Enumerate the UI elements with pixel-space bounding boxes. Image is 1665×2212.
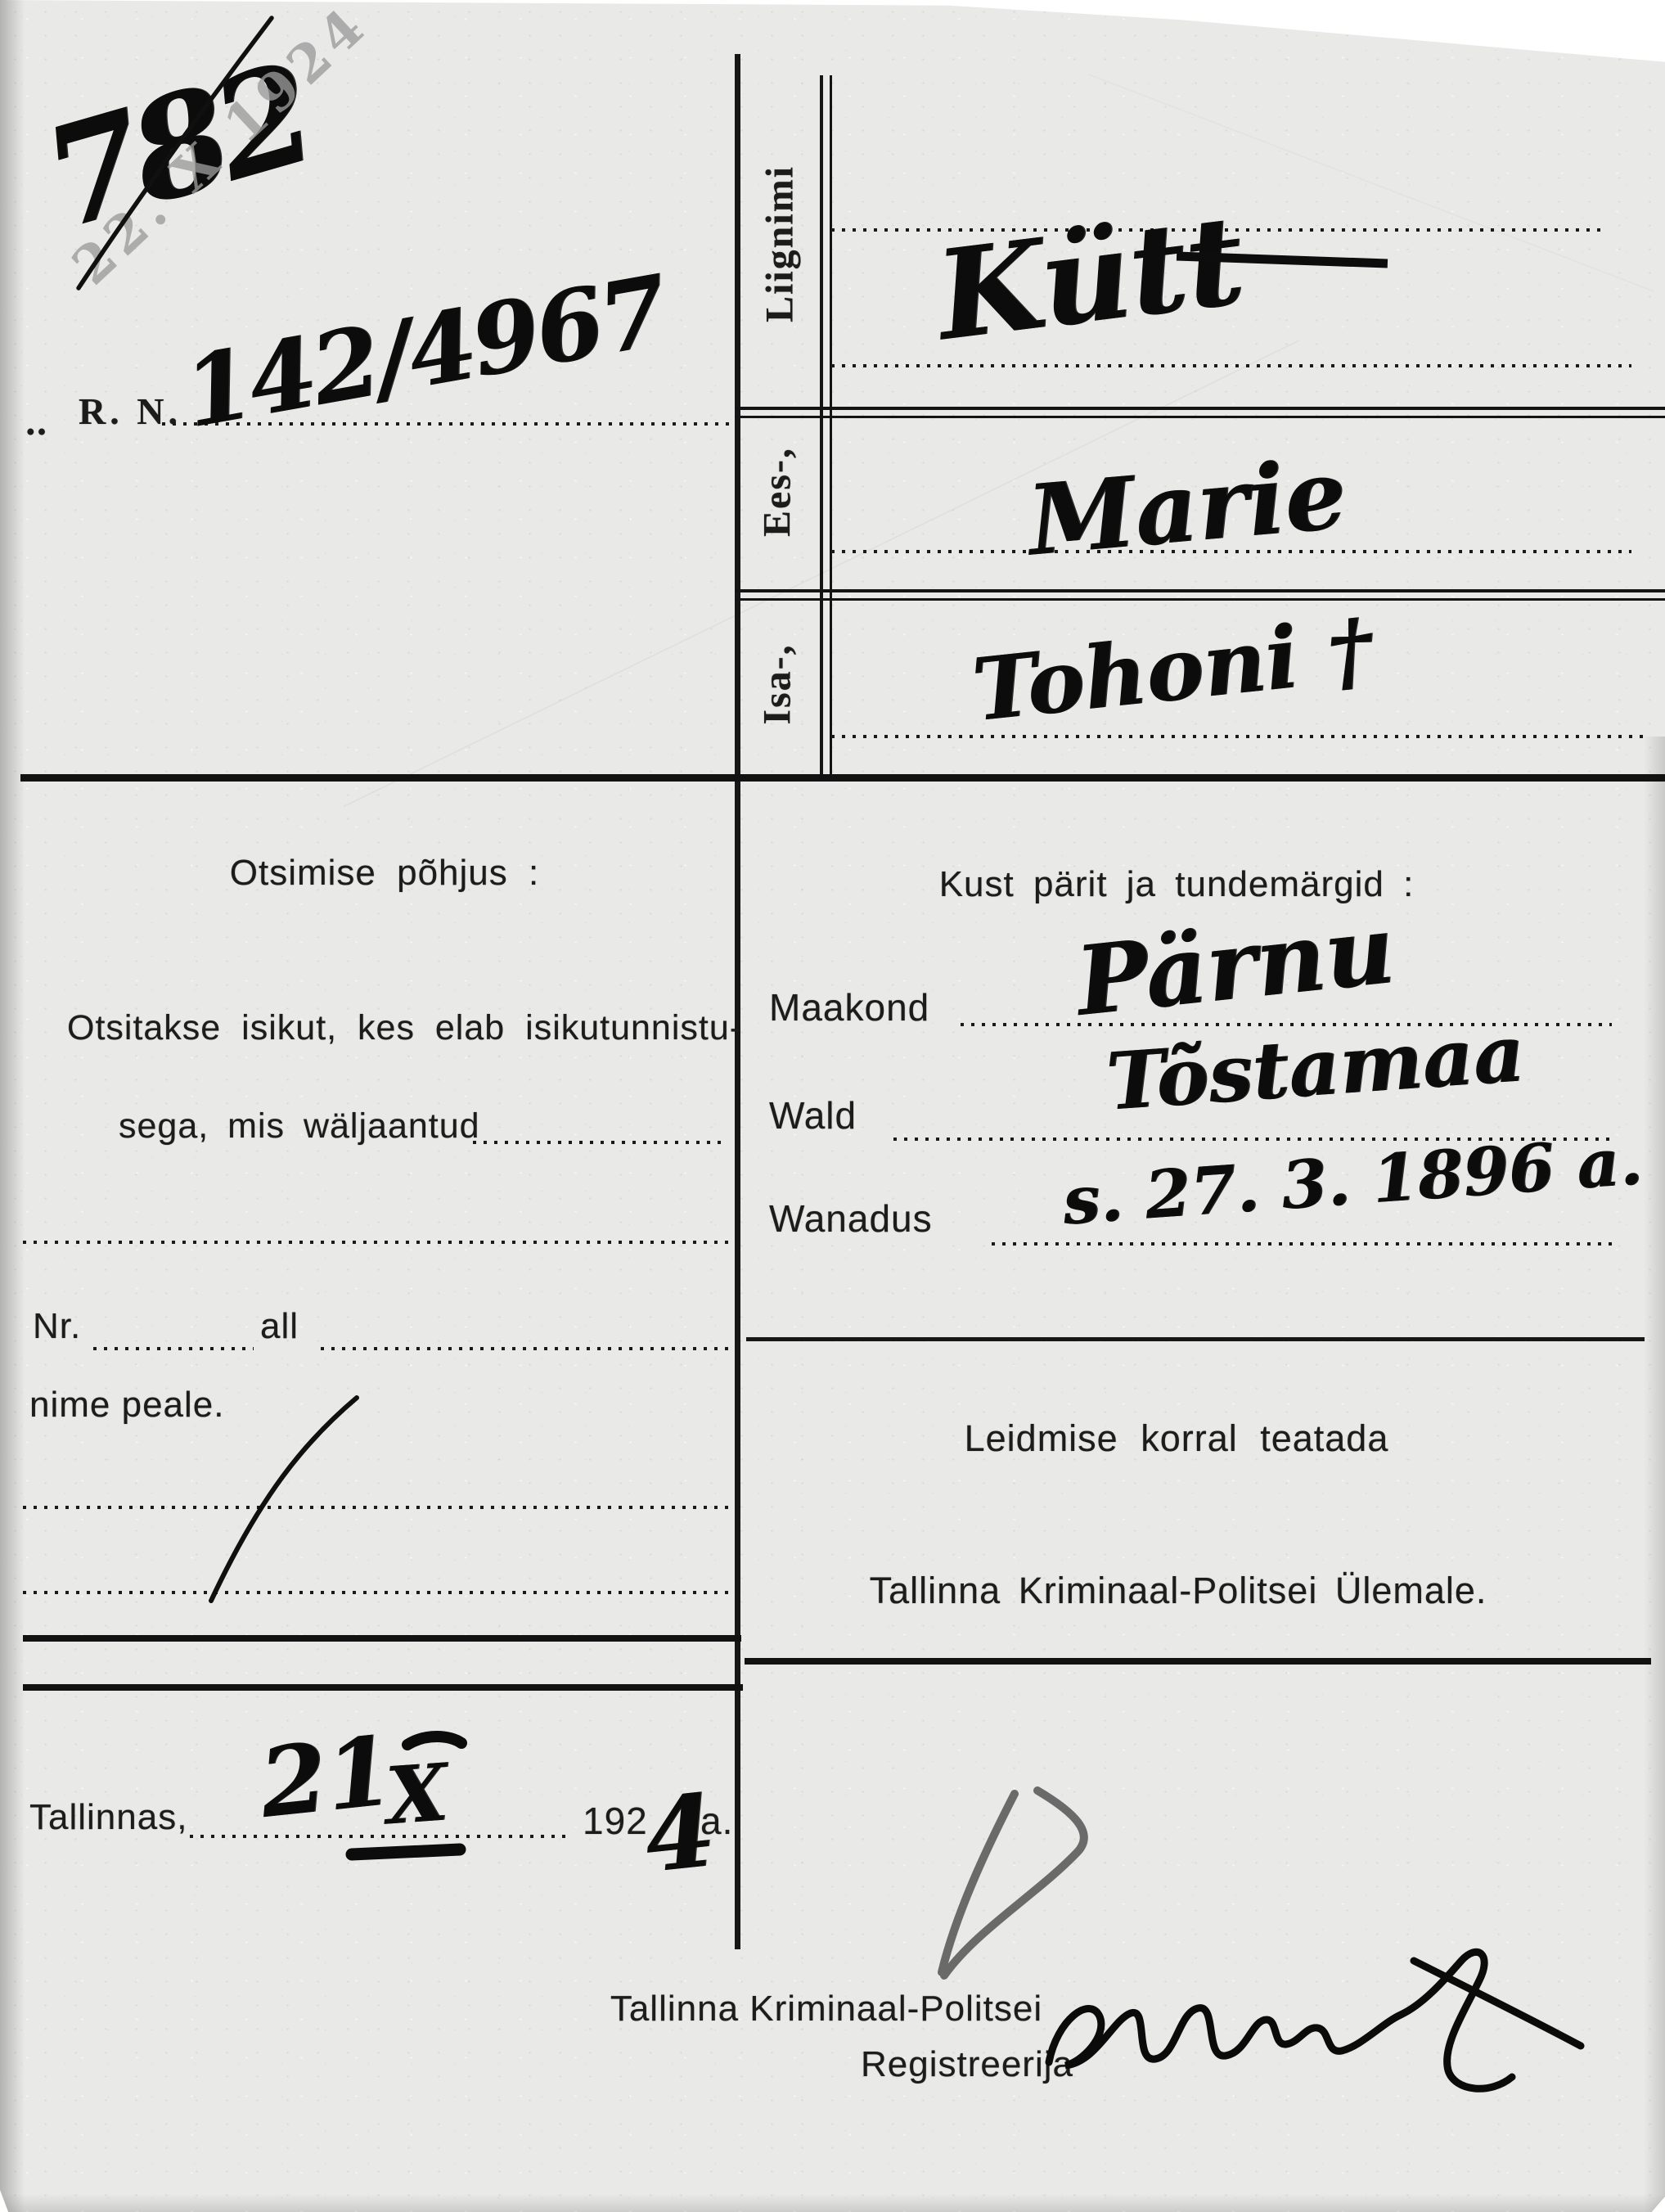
firstname-value: Marie <box>1024 436 1351 577</box>
nr-label: Nr. <box>33 1306 81 1347</box>
left-dotted-line-1 <box>23 1241 728 1244</box>
place-label: Tallinnas, <box>29 1797 187 1838</box>
rn-prefix-dots: ‥ <box>25 403 48 444</box>
surname-field-label: Liignimi <box>758 165 803 322</box>
nr-dotted-line-1 <box>93 1347 254 1350</box>
year-prefix-label: 192 <box>583 1799 648 1843</box>
county-label: Maakond <box>769 985 929 1029</box>
bottom-left-top-rule <box>23 1684 743 1691</box>
age-label: Wanadus <box>769 1196 933 1241</box>
search-reason-line2: sega, mis wäljaantud <box>119 1106 480 1147</box>
place-dotted-line <box>190 1835 573 1838</box>
notify-top-rule <box>746 1337 1645 1341</box>
nime-peale-label: nime peale. <box>29 1385 224 1426</box>
bottom-edge-shadow <box>0 2194 1665 2212</box>
rn-value: 142/4967 <box>175 253 673 449</box>
month-underline-stroke <box>352 1849 460 1854</box>
paper-sheet: 782 22. X 1924 ‥ R. N. 142/4967 Liignimi… <box>0 0 1665 2212</box>
pencil-initial-signature <box>942 1791 1084 1975</box>
footer-organization: Tallinna Kriminaal-Politsei <box>610 1989 1043 2030</box>
vertical-rule-double <box>820 75 832 776</box>
county-value: Pärnu <box>1071 894 1399 1038</box>
row-divider-firstname-father <box>735 589 1665 601</box>
notify-line1: Leidmise korral teatada <box>784 1417 1569 1460</box>
right-edge-shadow <box>1644 737 1665 2212</box>
age-dotted-line <box>992 1242 1618 1246</box>
notify-line2: Tallinna Kriminaal-Politsei Ülemale. <box>765 1570 1591 1612</box>
left-dotted-line-3 <box>23 1591 728 1594</box>
month-overbar-stroke <box>407 1737 461 1745</box>
father-value: Tohoni † <box>968 598 1377 741</box>
parish-label: Wald <box>769 1093 857 1138</box>
footer-role: Registreerija <box>861 2044 1073 2085</box>
surname-value: Kütt <box>929 188 1251 368</box>
nr-dotted-line-2 <box>321 1347 728 1350</box>
main-section-divider <box>20 774 1665 782</box>
search-reason-heading: Otsimise põhjus : <box>98 853 671 894</box>
left-edge-shadow <box>0 0 25 2212</box>
year-suffix-label: a. <box>700 1799 733 1843</box>
issue-month-value: X <box>383 1746 450 1843</box>
origin-heading: Kust pärit ja tundemärgid : <box>784 864 1569 905</box>
left-column-bottom-rule <box>23 1635 741 1642</box>
vertical-rule-main <box>735 54 740 1949</box>
issue-day-value: 21 <box>254 1715 398 1840</box>
registrar-ink-signature <box>1049 1952 1581 2088</box>
all-label: all <box>260 1306 299 1347</box>
father-field-label: Isa-, <box>755 643 800 724</box>
issued-dotted-line <box>473 1141 728 1144</box>
left-dotted-line-2 <box>23 1506 728 1509</box>
rn-label: R. N. <box>79 390 182 433</box>
search-reason-line1: Otsitakse isikut, kes elab isikutunnistu… <box>67 1008 742 1048</box>
scanned-police-search-card: 782 22. X 1924 ‥ R. N. 142/4967 Liignimi… <box>0 0 1665 2212</box>
right-column-bottom-rule <box>745 1658 1651 1665</box>
firstname-field-label: Ees-, <box>755 447 800 537</box>
row-divider-surname-firstname <box>735 407 1665 418</box>
father-dotted-line <box>831 735 1649 738</box>
middle-slash-stroke <box>211 1398 357 1601</box>
